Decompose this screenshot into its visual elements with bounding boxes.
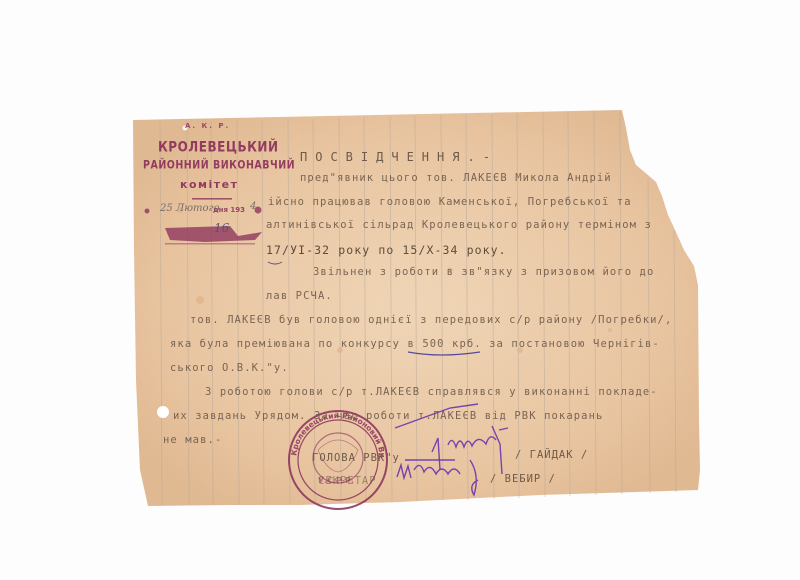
seal-inner-text: У.С.Р.Р. xyxy=(318,476,354,485)
punch-hole xyxy=(157,406,169,418)
body-line-8: яка була преміювана по конкурсу в 500 кр… xyxy=(170,338,660,350)
signature-name-secretary: / ВЕБИР / xyxy=(490,473,556,485)
document-paper: Кролевецький Районовий Виконавчий Коміте… xyxy=(0,0,800,580)
stamp-date-handwritten: 25 Лютого xyxy=(160,203,220,214)
stamp-line-3: комітет xyxy=(180,178,239,191)
body-line-5: Звільнен з роботи в зв"язку з призовом й… xyxy=(313,266,654,278)
body-line-10: З роботою голови с/р т.ЛАКЕЄВ справлявся… xyxy=(205,386,658,398)
body-line-11: их завдань Урядом. За час роботи т.ЛАКЕЄ… xyxy=(173,410,603,422)
body-line-6: лав РСЧА. xyxy=(266,290,333,302)
body-line-2: ійсно працював головою Каменської, Погре… xyxy=(268,196,632,208)
stamp-line-2: РАЙОННИЙ ВИКОНАВЧИЙ xyxy=(143,159,295,172)
stamp-date-suffix: дня 193 xyxy=(213,206,245,214)
signature-name-chairman: / ГАЙДАК / xyxy=(515,449,588,461)
body-line-9: ського О.В.К."у. xyxy=(170,362,289,374)
body-line-7: тов. ЛАКЕЄВ був головою однієї з передов… xyxy=(190,314,672,326)
stamp-line-1: КРОЛЕВЕЦЬКИЙ xyxy=(158,139,279,155)
stamp-number-handwritten: 16 xyxy=(214,221,229,235)
stamp-year-handwritten: 4 xyxy=(250,201,256,212)
body-line-4: 17/УІ-32 року по 15/Х-34 року. xyxy=(266,243,507,257)
body-line-1: пред"явник цього тов. ЛАКЕЄВ Микола Андр… xyxy=(300,172,612,184)
body-line-3: алтинівської сільрад Кролевецького район… xyxy=(266,219,652,231)
stamp-line-0: А. К. Р. xyxy=(185,122,230,130)
signature-role-chairman: ГОЛОВА РВК"у xyxy=(312,452,400,464)
body-line-12: не мав.- xyxy=(163,434,222,446)
document-title: ПОСВІДЧЕННЯ.- xyxy=(300,150,498,164)
scan-canvas: Кролевецький Районовий Виконавчий Коміте… xyxy=(0,0,800,580)
